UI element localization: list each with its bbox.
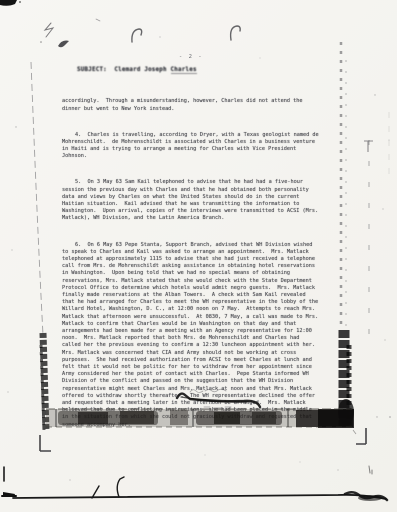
subject-surname: Charles xyxy=(171,67,197,74)
smudge-top-left-icon xyxy=(0,0,21,6)
page-number: - 2 - xyxy=(62,54,320,60)
memo-body: accordingly. Through a misunderstanding,… xyxy=(62,84,320,448)
body-paragraph: accordingly. Through a misunderstanding,… xyxy=(62,98,320,112)
copy-edge-band-right xyxy=(338,42,389,426)
registration-mark-left xyxy=(40,435,51,451)
registration-mark-right xyxy=(356,428,366,444)
subject-name: Clemard Joseph xyxy=(114,67,170,73)
body-paragraph: 5. On 3 May 63 Sam Kail telephoned to ad… xyxy=(62,179,320,222)
copy-edge-line-left xyxy=(31,62,46,431)
body-paragraph: 6. On 6 May 63 Pepe Stanta, Support Bran… xyxy=(62,242,320,429)
scan-line-bottom xyxy=(2,466,387,501)
scanned-document-page: - 2 - SUBJECT: Clemard Joseph Charles ac… xyxy=(0,0,397,512)
subject-line: SUBJECT: Clemard Joseph Charles xyxy=(77,67,197,73)
pen-mark-icon xyxy=(40,19,240,47)
subject-label: SUBJECT: xyxy=(77,67,114,73)
body-paragraph: 4. Charles is travelling, according to D… xyxy=(62,132,320,161)
